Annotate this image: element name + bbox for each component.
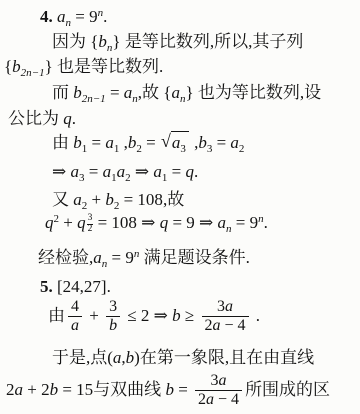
text-run: 3 [109, 298, 117, 315]
fraction-denominator: 2a − 4 [202, 316, 249, 335]
text-line-deduction-1: 而 b2n−1 = an,故 {an} 也为等比数列,设 [52, 82, 321, 107]
text-run: = [212, 133, 230, 152]
text-run: 2 [205, 317, 213, 334]
text-run: = [106, 83, 124, 102]
text-run: a [15, 380, 24, 399]
text-run: } 也是等比数列. [45, 57, 164, 76]
text-run: + [85, 306, 103, 325]
text-run: q [77, 213, 86, 232]
fraction-denominator: b [106, 316, 120, 335]
text-run: . [194, 162, 198, 181]
text-run: 于是,点( [52, 348, 113, 367]
fraction: 3b [106, 298, 120, 336]
text-run: q [185, 162, 194, 181]
text-run: 4. [40, 7, 57, 26]
text-line-inequality: 由4a + 3b ≤ 2 ⇒ b ≥ 3a2a − 4 . [48, 298, 260, 336]
text-run: q [63, 109, 72, 128]
text-line-region-desc-2: 2a + 2b = 15与双曲线 b = 3a2a − 4所围成的区 [6, 372, 330, 410]
text-run: + [87, 190, 105, 209]
fraction-numerator: 3a [208, 372, 230, 390]
text-run: [24,27]. [57, 277, 111, 296]
text-line-sum-condition: 又 a2 + b2 = 108,故 [52, 189, 184, 214]
fraction: 3a2a − 4 [202, 298, 249, 336]
text-run: a [71, 162, 80, 181]
text-run: + 2 [23, 380, 50, 399]
text-run: ≤ 2 ⇒ [123, 306, 172, 325]
text-run: ⇒ [131, 162, 154, 181]
text-run: = [87, 133, 105, 152]
text-line-implication-1: ⇒ a3 = a1a2 ⇒ a1 = q. [52, 161, 198, 186]
text-run: b [109, 317, 117, 334]
text-run: a [93, 248, 102, 267]
radical: √a3 [161, 131, 189, 157]
text-run: − 4 [214, 391, 239, 408]
text-run: − 4 [221, 317, 246, 334]
text-run: ⇒ [52, 162, 71, 181]
text-run: a [218, 213, 227, 232]
text-line-verification: 经检验,an = 9n 满足题设条件. [38, 247, 250, 272]
text-run: 由 [52, 133, 73, 152]
text-line-equation-b-terms: 由 b1 = a1 ,b2 = √a3 ,b3 = a2 [52, 131, 244, 157]
text-run: a [219, 372, 227, 389]
text-run: = 9 [71, 7, 98, 26]
subscript: 3 [180, 143, 186, 155]
text-run: { [4, 57, 12, 76]
text-run: b [98, 32, 107, 51]
text-run: b [73, 83, 82, 102]
text-run: } 是等比数列,所以,其子列 [112, 32, 303, 51]
text-run: a [73, 190, 82, 209]
text-run: ≥ [181, 306, 199, 325]
text-run: . [72, 109, 76, 128]
text-run: 3 [217, 298, 225, 315]
text-run: 3 [211, 372, 219, 389]
document-page: { "page": { "background_color": "#fcfcfa… [0, 0, 360, 414]
text-run: = [174, 380, 192, 399]
radical-sign: √ [161, 130, 171, 153]
text-run: a [57, 7, 66, 26]
text-run: = 9 [232, 213, 259, 232]
text-run: a [153, 162, 162, 181]
subscript: 2 [239, 143, 245, 155]
text-run: a [213, 317, 221, 334]
fraction-numerator: 4 [68, 298, 82, 316]
text-run: 满足题设条件. [139, 248, 250, 267]
radical-body: a3 [171, 131, 189, 157]
text-run: a [206, 391, 214, 408]
fraction-denominator: 2a − 4 [195, 390, 242, 409]
text-run: ,故 [163, 190, 184, 209]
text-run: a [117, 162, 126, 181]
text-run: b [172, 306, 181, 325]
text-run: + [59, 213, 77, 232]
text-run: , [119, 133, 128, 152]
text-line-reason-2: {b2n−1} 也是等比数列. [4, 56, 163, 81]
text-run: )在第一象限,且在由直线 [134, 348, 314, 367]
text-run: 由 [48, 306, 65, 325]
text-run: 而 [52, 83, 73, 102]
text-run: = 9 ⇒ [168, 213, 217, 232]
text-run: 4 [71, 298, 79, 315]
text-line-deduction-2: 公比为 q. [8, 108, 76, 129]
text-run: 经检验, [38, 248, 93, 267]
text-run: b [12, 57, 21, 76]
text-run: 又 [52, 190, 73, 209]
text-run: = [142, 133, 160, 152]
text-run: b [50, 380, 59, 399]
text-run: . [264, 213, 268, 232]
text-run: b [73, 133, 82, 152]
text-run: } 也为等比数列,设 [185, 83, 321, 102]
text-run: 2 [198, 391, 206, 408]
text-run: b [198, 133, 207, 152]
text-line-problem4-answer: 4. an = 9n. [40, 6, 107, 31]
text-line-region-desc-1: 于是,点(a,b)在第一象限,且在由直线 [52, 347, 314, 368]
fraction-numerator: 3a [214, 298, 236, 316]
text-run: a [105, 133, 114, 152]
text-run: a [124, 83, 133, 102]
text-run: a [225, 298, 233, 315]
text-run: = 9 [107, 248, 134, 267]
text-run: = [167, 162, 185, 181]
text-run: b [105, 190, 114, 209]
text-run: q [45, 213, 54, 232]
text-run: b [126, 348, 135, 367]
fraction: 3a2a − 4 [195, 372, 242, 410]
text-line-q-equation: q2 + q32 = 108 ⇒ q = 9 ⇒ an = 9n. [45, 212, 268, 237]
text-run: 5. [40, 277, 57, 296]
text-run: . [252, 306, 261, 325]
fraction-numerator: 3 [106, 298, 120, 316]
text-run: 因为 { [52, 32, 98, 51]
text-run: b [165, 380, 174, 399]
fraction: 4a [68, 298, 82, 336]
text-run: = 15 [58, 380, 93, 399]
text-run: a [230, 133, 239, 152]
subscript: 2n−1 [21, 67, 45, 79]
text-run: 2 [6, 380, 15, 399]
text-run: 与双曲线 [93, 380, 165, 399]
text-run: = 108 [119, 190, 163, 209]
text-run: a [103, 162, 112, 181]
text-run: = [85, 162, 103, 181]
text-run: a [171, 83, 180, 102]
text-run: ,故 { [138, 83, 172, 102]
text-run: a [71, 317, 79, 334]
text-run: . [103, 7, 107, 26]
fraction-denominator: a [68, 316, 82, 335]
text-run: = 108 ⇒ [93, 213, 159, 232]
text-run: q [160, 213, 169, 232]
text-line-problem5-answer: 5. [24,27]. [40, 276, 111, 297]
subscript: 2n−1 [82, 93, 106, 105]
text-line-reason-1: 因为 {bn} 是等比数列,所以,其子列 [52, 31, 303, 56]
text-run: 所围成的区 [245, 380, 330, 399]
text-run: 公比为 [8, 109, 63, 128]
